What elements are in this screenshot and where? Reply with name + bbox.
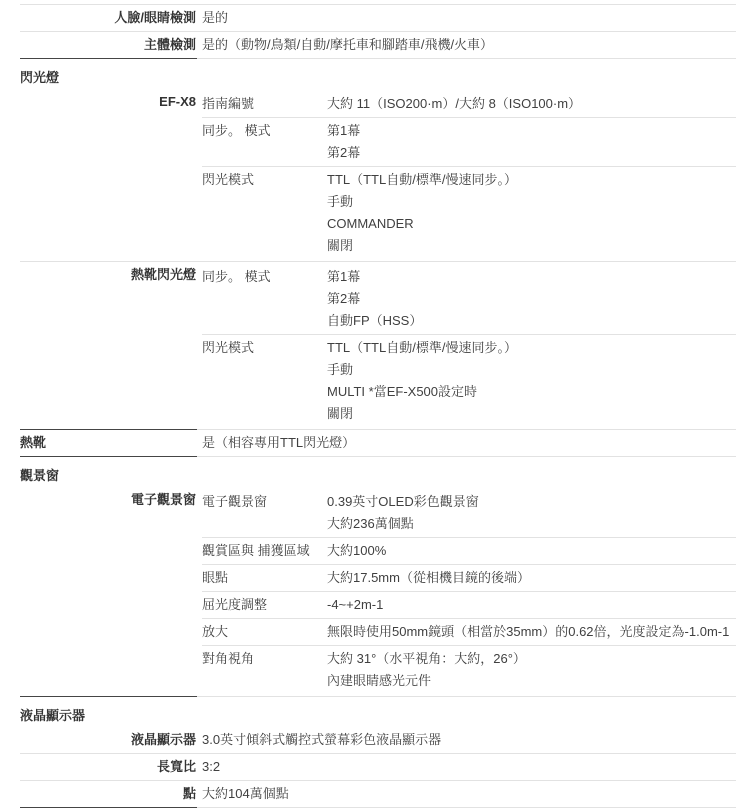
subrow-sync-mode: 同步。 模式 第1幕 第2幕 — [202, 118, 736, 166]
row-label: 熱靴閃光燈 — [20, 264, 196, 286]
row-label: 長寬比 — [20, 756, 196, 778]
subrow-label: 放大 — [202, 621, 327, 643]
divider — [20, 261, 736, 262]
subrow-value: 第1幕 第2幕 — [327, 120, 736, 164]
subrow-value: 大約 11（ISO200·m）/大約 8（ISO100·m） — [327, 93, 736, 115]
row-label: 熱靴 — [20, 432, 196, 454]
spec-row-face-eye-detection: 人臉/眼睛檢測 是的 — [0, 5, 750, 31]
row-label: 主體檢測 — [20, 34, 196, 56]
subrow-value: TTL（TTL自動/標準/慢速同步。） 手動 MULTI *當EF-X500設定… — [327, 337, 736, 425]
subrow-label: 眼點 — [202, 567, 327, 589]
section-divider — [20, 429, 736, 430]
section-title-flash: 閃光燈 — [0, 59, 750, 89]
subrow-value: 無限時使用50mm鏡頭（相當於35mm）的0.62倍，光度設定為-1.0m-1 — [327, 621, 736, 643]
subrow-value: 第1幕 第2幕 自動FP（HSS） — [327, 266, 736, 332]
subrow-guide-number: 指南編號 大約 11（ISO200·m）/大約 8（ISO100·m） — [202, 91, 736, 117]
subrow-label: 閃光模式 — [202, 169, 327, 191]
nested-table: 同步。 模式 第1幕 第2幕 自動FP（HSS） 閃光模式 TTL（TTL自動/… — [202, 264, 736, 427]
subrow-flash-mode: 閃光模式 TTL（TTL自動/標準/慢速同步。） 手動 COMMANDER 關閉 — [202, 167, 736, 259]
row-label: 人臉/眼睛檢測 — [20, 7, 196, 29]
divider — [20, 4, 736, 5]
subrow-value: TTL（TTL自動/標準/慢速同步。） 手動 COMMANDER 關閉 — [327, 169, 736, 257]
subrow-value: 0.39英寸OLED彩色觀景窗 大約236萬個點 — [327, 491, 736, 535]
row-value: 3.0英寸傾斜式觸控式螢幕彩色液晶顯示器 — [202, 729, 736, 751]
subrow-label: 屈光度調整 — [202, 594, 327, 616]
row-label: 電子觀景窗 — [20, 489, 196, 511]
subrow-label: 閃光模式 — [202, 337, 327, 359]
spec-row-evf: 電子觀景窗 電子觀景窗 0.39英寸OLED彩色觀景窗 大約236萬個點 觀賞區… — [0, 487, 750, 696]
section-divider — [20, 456, 736, 457]
section-divider — [20, 58, 736, 59]
subrow-value: 大約17.5mm（從相機目鏡的後端） — [327, 567, 736, 589]
divider — [20, 753, 736, 754]
row-value: 大約104萬個點 — [202, 783, 736, 805]
spec-row-ef-x8: EF-X8 指南編號 大約 11（ISO200·m）/大約 8（ISO100·m… — [0, 89, 750, 261]
row-value: 是（相容專用TTL閃光燈） — [202, 432, 736, 454]
subrow-evf-spec: 電子觀景窗 0.39英寸OLED彩色觀景窗 大約236萬個點 — [202, 489, 736, 537]
spec-row-lcd-monitor: 液晶顯示器 3.0英寸傾斜式觸控式螢幕彩色液晶顯示器 — [0, 727, 750, 753]
row-label: EF-X8 — [20, 91, 196, 113]
subrow-value: 大約100% — [327, 540, 736, 562]
subrow-coverage: 觀賞區與 捕獲區域 大約100% — [202, 538, 736, 564]
divider — [20, 780, 736, 781]
row-label: 液晶顯示器 — [20, 729, 196, 751]
spec-row-subject-detection: 主體檢測 是的（動物/鳥類/自動/摩托車和腳踏車/飛機/火車） — [0, 32, 750, 58]
nested-table: 電子觀景窗 0.39英寸OLED彩色觀景窗 大約236萬個點 觀賞區與 捕獲區域… — [202, 489, 736, 694]
subrow-label: 對角視角 — [202, 648, 327, 670]
subrow-label: 同步。 模式 — [202, 120, 327, 142]
subrow-diopter-adjustment: 屈光度調整 -4~+2m-1 — [202, 592, 736, 618]
subrow-value: 大約 31°（水平視角：大約，26°） 內建眼睛感光元件 — [327, 648, 736, 692]
spec-row-hot-shoe: 熱靴 是（相容專用TTL閃光燈） — [0, 430, 750, 456]
camera-spec-table: 人臉/眼睛檢測 是的 主體檢測 是的（動物/鳥類/自動/摩托車和腳踏車/飛機/火… — [0, 0, 750, 808]
spec-row-dots: 點 大約104萬個點 — [0, 781, 750, 807]
section-title-viewfinder: 觀景窗 — [0, 457, 750, 487]
subrow-eye-point: 眼點 大約17.5mm（從相機目鏡的後端） — [202, 565, 736, 591]
row-value: 是的（動物/鳥類/自動/摩托車和腳踏車/飛機/火車） — [202, 34, 736, 56]
spec-row-hot-shoe-flash: 熱靴閃光燈 同步。 模式 第1幕 第2幕 自動FP（HSS） 閃光模式 TTL（… — [0, 262, 750, 429]
row-label: 點 — [20, 783, 196, 805]
divider — [20, 31, 736, 32]
section-title-lcd: 液晶顯示器 — [0, 697, 750, 727]
subrow-label: 指南編號 — [202, 93, 327, 115]
subrow-value: -4~+2m-1 — [327, 594, 736, 616]
row-value: 3:2 — [202, 756, 736, 778]
nested-table: 指南編號 大約 11（ISO200·m）/大約 8（ISO100·m） 同步。 … — [202, 91, 736, 259]
section-divider — [20, 696, 736, 697]
subrow-sync-mode: 同步。 模式 第1幕 第2幕 自動FP（HSS） — [202, 264, 736, 334]
subrow-magnification: 放大 無限時使用50mm鏡頭（相當於35mm）的0.62倍，光度設定為-1.0m… — [202, 619, 736, 645]
subrow-label: 觀賞區與 捕獲區域 — [202, 540, 327, 562]
spec-row-aspect-ratio: 長寬比 3:2 — [0, 754, 750, 780]
subrow-diagonal-angle: 對角視角 大約 31°（水平視角：大約，26°） 內建眼睛感光元件 — [202, 646, 736, 694]
row-value: 是的 — [202, 7, 736, 29]
subrow-label: 電子觀景窗 — [202, 491, 327, 513]
subrow-label: 同步。 模式 — [202, 266, 327, 288]
subrow-flash-mode: 閃光模式 TTL（TTL自動/標準/慢速同步。） 手動 MULTI *當EF-X… — [202, 335, 736, 427]
